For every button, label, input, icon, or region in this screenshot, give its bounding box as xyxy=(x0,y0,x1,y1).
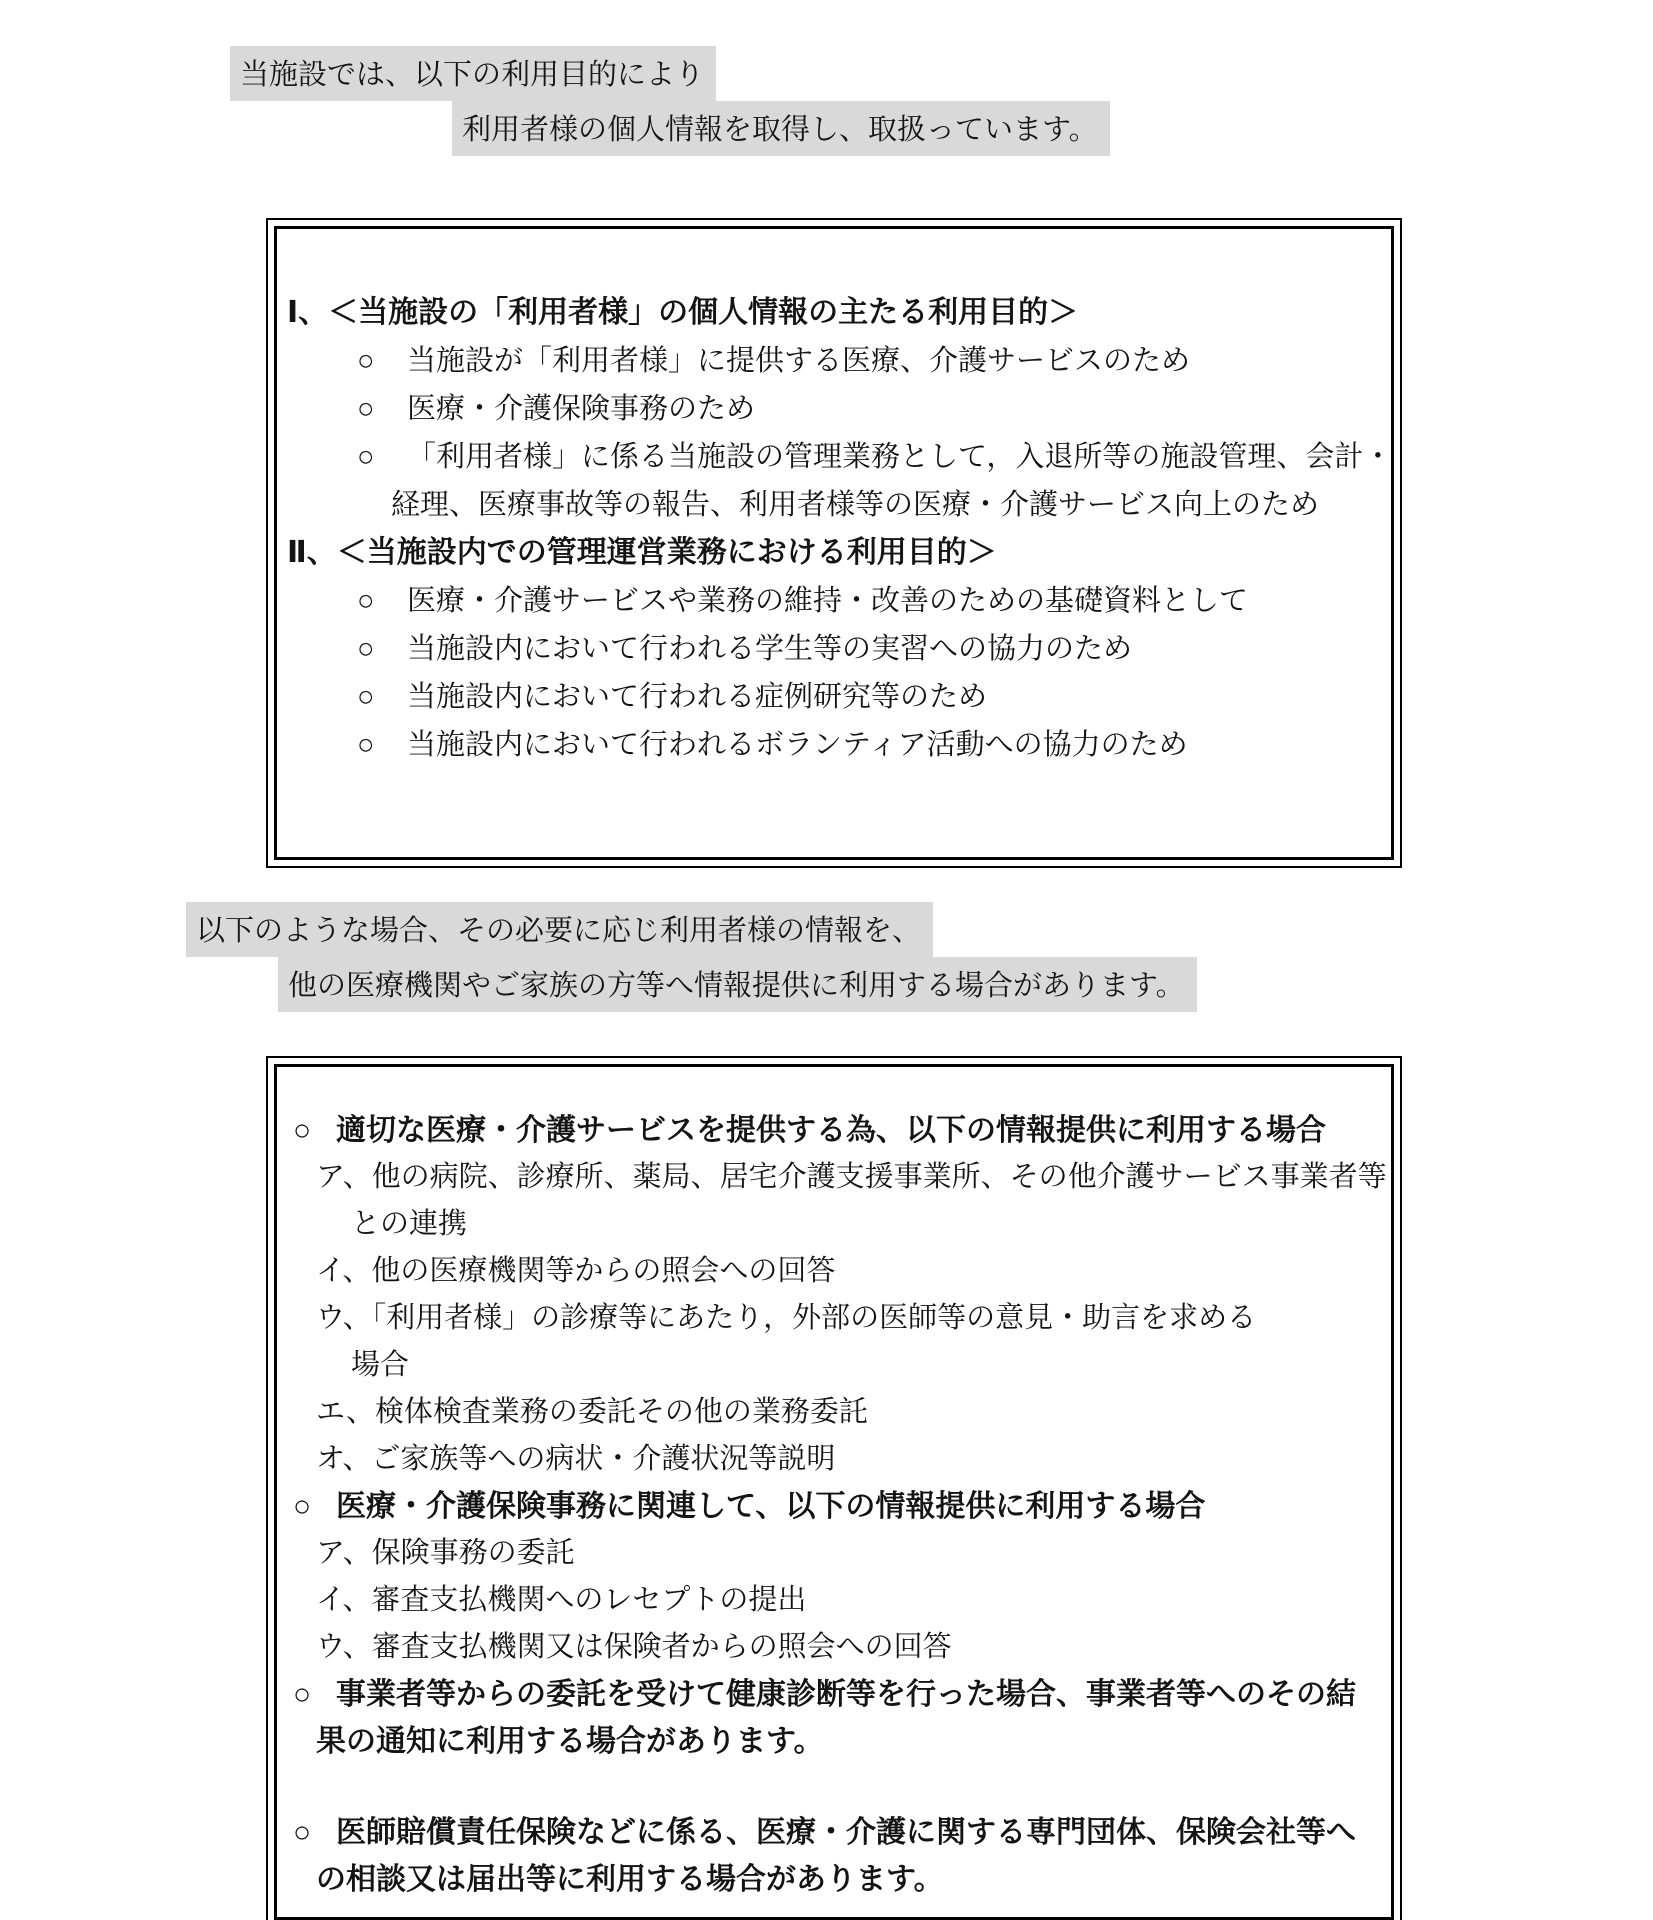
disclosure-heading-3: ○ 事業者等からの委託を受けて健康診断等を行った場合、事業者等へのその結 xyxy=(285,1671,1375,1718)
circle-bullet: ○ xyxy=(293,1671,336,1718)
disclosure-subitem: オ、ご家族等への病状・介護状況等説明 xyxy=(285,1436,1375,1483)
circle-bullet: ○ xyxy=(357,673,407,721)
middle-line-1-row: 以下のような場合、その必要に応じ利用者様の情報を、 xyxy=(0,902,1653,957)
disclosure-box: ○ 適切な医療・介護サービスを提供する為、以下の情報提供に利用する場合 ア、他の… xyxy=(266,1056,1402,1920)
disclosure-subitem: ア、保険事務の委託 xyxy=(285,1530,1375,1577)
disclosure-heading-text: 事業者等からの委託を受けて健康診断等を行った場合、事業者等へのその結 xyxy=(336,1671,1356,1718)
circle-bullet: ○ xyxy=(357,385,407,433)
middle-line-2-row: 他の医療機関やご家族の方等へ情報提供に利用する場合があります。 xyxy=(0,957,1653,1012)
disclosure-heading-1: ○ 適切な医療・介護サービスを提供する為、以下の情報提供に利用する場合 xyxy=(285,1107,1375,1154)
intro-line-2-row: 利用者様の個人情報を取得し、取扱っています。 xyxy=(0,101,1653,156)
spacer xyxy=(285,1765,1375,1809)
purpose-item: ○ 「利用者様」に係る当施設の管理業務として，入退所等の施設管理、会計・ xyxy=(287,433,1373,481)
purpose-item-text: 当施設内において行われるボランティア活動への協力のため xyxy=(407,721,1188,769)
intro-highlight-line-1: 当施設では、以下の利用目的により xyxy=(230,46,716,101)
disclosure-heading-4: ○ 医師賠償責任保険などに係る、医療・介護に関する専門団体、保険会社等へ xyxy=(285,1809,1375,1856)
disclosure-subitem: エ、検体検査業務の委託その他の業務委託 xyxy=(285,1389,1375,1436)
intro-block: 当施設では、以下の利用目的により 利用者様の個人情報を取得し、取扱っています。 xyxy=(0,0,1653,156)
primary-purpose-box-inner: Ⅰ、＜当施設の「利用者様」の個人情報の主たる利用目的＞ ○ 当施設が「利用者様」… xyxy=(274,226,1394,860)
disclosure-heading-3-wrap: 果の通知に利用する場合があります。 xyxy=(285,1718,1375,1765)
intro-line-1-row: 当施設では、以下の利用目的により xyxy=(0,46,1653,101)
purpose-item: ○ 当施設内において行われる症例研究等のため xyxy=(287,673,1373,721)
purpose-item-text: 当施設が「利用者様」に提供する医療、介護サービスのため xyxy=(407,337,1190,385)
purpose-item-wrap: 経理、医療事故等の報告、利用者様等の医療・介護サービス向上のため xyxy=(287,481,1373,529)
disclosure-heading-4-wrap: の相談又は届出等に利用する場合があります。 xyxy=(285,1856,1375,1903)
disclosure-subitem-wrap: 場合 xyxy=(285,1342,1375,1389)
disclosure-heading-2: ○ 医療・介護保険事務に関連して、以下の情報提供に利用する場合 xyxy=(285,1483,1375,1530)
circle-bullet: ○ xyxy=(357,337,407,385)
circle-bullet: ○ xyxy=(357,433,407,481)
disclosure-box-inner: ○ 適切な医療・介護サービスを提供する為、以下の情報提供に利用する場合 ア、他の… xyxy=(274,1064,1394,1920)
middle-highlight-line-1: 以下のような場合、その必要に応じ利用者様の情報を、 xyxy=(186,902,933,957)
section-i-heading: Ⅰ、＜当施設の「利用者様」の個人情報の主たる利用目的＞ xyxy=(287,289,1373,337)
middle-highlight-line-2: 他の医療機関やご家族の方等へ情報提供に利用する場合があります。 xyxy=(278,957,1197,1012)
purpose-item: ○ 当施設が「利用者様」に提供する医療、介護サービスのため xyxy=(287,337,1373,385)
privacy-notice-page: 当施設では、以下の利用目的により 利用者様の個人情報を取得し、取扱っています。 … xyxy=(0,0,1653,1920)
disclosure-subitem: ウ、審査支払機関又は保険者からの照会への回答 xyxy=(285,1624,1375,1671)
disclosure-heading-text: 適切な医療・介護サービスを提供する為、以下の情報提供に利用する場合 xyxy=(336,1107,1326,1154)
circle-bullet: ○ xyxy=(357,577,407,625)
section-ii-heading: Ⅱ、＜当施設内での管理運営業務における利用目的＞ xyxy=(287,529,1373,577)
purpose-item-text: 当施設内において行われる学生等の実習への協力のため xyxy=(407,625,1132,673)
disclosure-heading-text: 医師賠償責任保険などに係る、医療・介護に関する専門団体、保険会社等へ xyxy=(336,1809,1356,1856)
primary-purpose-box: Ⅰ、＜当施設の「利用者様」の個人情報の主たる利用目的＞ ○ 当施設が「利用者様」… xyxy=(266,218,1402,868)
disclosure-subitem: ア、他の病院、診療所、薬局、居宅介護支援事業所、その他介護サービス事業者等 xyxy=(285,1154,1375,1201)
circle-bullet: ○ xyxy=(293,1483,336,1530)
purpose-item: ○ 当施設内において行われる学生等の実習への協力のため xyxy=(287,625,1373,673)
disclosure-subitem: イ、他の医療機関等からの照会への回答 xyxy=(285,1248,1375,1295)
circle-bullet: ○ xyxy=(293,1809,336,1856)
circle-bullet: ○ xyxy=(293,1107,336,1154)
disclosure-intro-block: 以下のような場合、その必要に応じ利用者様の情報を、 他の医療機関やご家族の方等へ… xyxy=(0,902,1653,1012)
circle-bullet: ○ xyxy=(357,721,407,769)
disclosure-heading-text: 医療・介護保険事務に関連して、以下の情報提供に利用する場合 xyxy=(336,1483,1205,1530)
purpose-item-text: 医療・介護サービスや業務の維持・改善のための基礎資料として xyxy=(407,577,1248,625)
purpose-item: ○ 当施設内において行われるボランティア活動への協力のため xyxy=(287,721,1373,769)
disclosure-subitem: イ、審査支払機関へのレセプトの提出 xyxy=(285,1577,1375,1624)
intro-highlight-line-2: 利用者様の個人情報を取得し、取扱っています。 xyxy=(452,101,1110,156)
disclosure-subitem-wrap: との連携 xyxy=(285,1201,1375,1248)
disclosure-subitem: ウ、「利用者様」の診療等にあたり，外部の医師等の意見・助言を求める xyxy=(285,1295,1375,1342)
purpose-item-text: 「利用者様」に係る当施設の管理業務として，入退所等の施設管理、会計・ xyxy=(407,433,1392,481)
purpose-item-text: 当施設内において行われる症例研究等のため xyxy=(407,673,987,721)
purpose-item-text: 医療・介護保険事務のため xyxy=(407,385,755,433)
purpose-item: ○ 医療・介護サービスや業務の維持・改善のための基礎資料として xyxy=(287,577,1373,625)
circle-bullet: ○ xyxy=(357,625,407,673)
purpose-item: ○ 医療・介護保険事務のため xyxy=(287,385,1373,433)
